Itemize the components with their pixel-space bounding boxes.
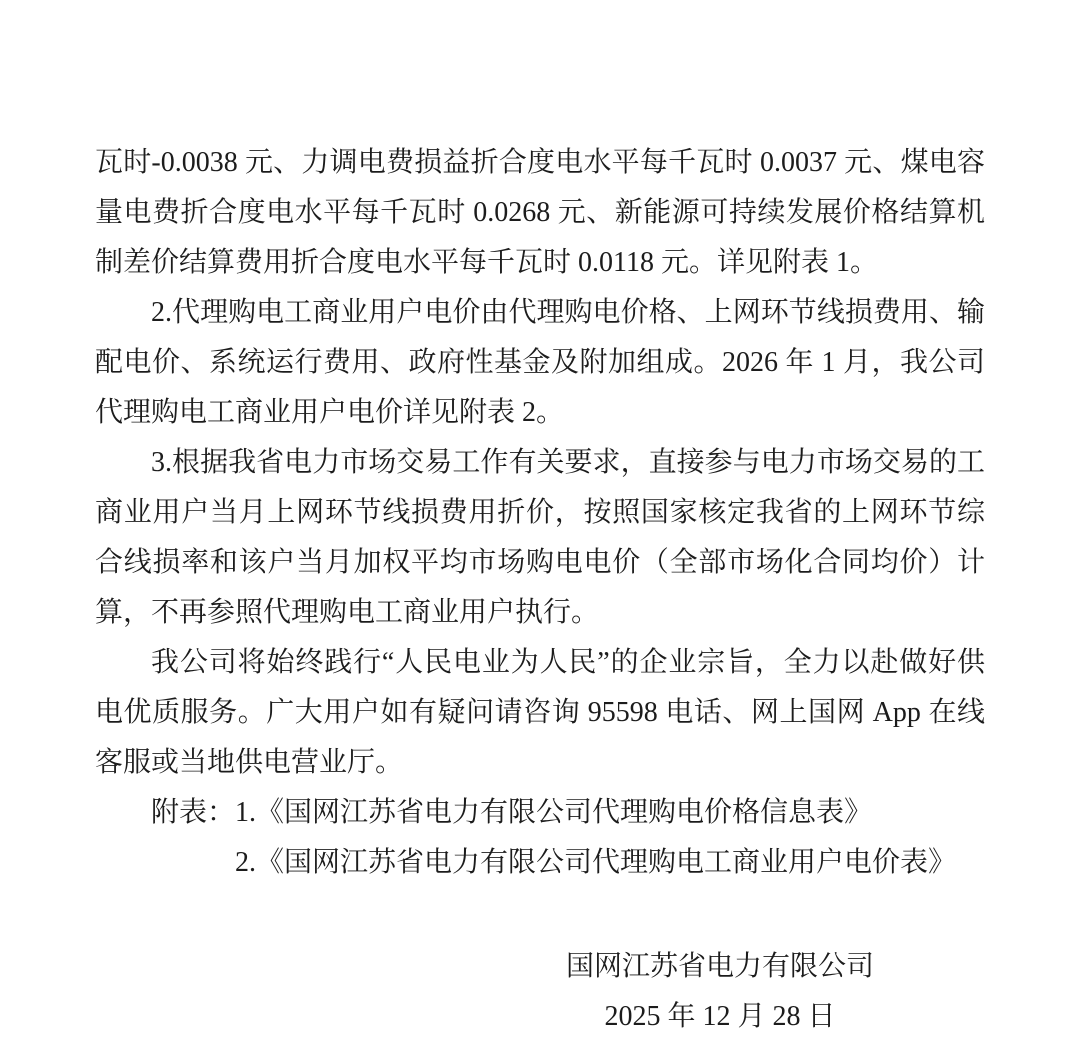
document-page: 瓦时-0.0038 元、力调电费损益折合度电水平每千瓦时 0.0037 元、煤电… xyxy=(0,0,1080,1046)
attachments-line-2: 2.《国网江苏省电力有限公司代理购电工商业用户电价表》 xyxy=(95,838,985,888)
paragraph-tariff-components: 瓦时-0.0038 元、力调电费损益折合度电水平每千瓦时 0.0037 元、煤电… xyxy=(95,138,985,288)
signature-company: 国网江苏省电力有限公司 xyxy=(360,942,1080,992)
paragraph-agency-price-composition: 2.代理购电工商业用户电价由代理购电价格、上网环节线损费用、输配电价、系统运行费… xyxy=(95,288,985,438)
body-text: 瓦时-0.0038 元、力调电费损益折合度电水平每千瓦时 0.0037 元、煤电… xyxy=(0,0,1080,1042)
attachment-item-2: 2.《国网江苏省电力有限公司代理购电工商业用户电价表》 xyxy=(235,847,956,878)
paragraph-service-commitment: 我公司将始终践行“人民电业为人民”的企业宗旨，全力以赴做好供电优质服务。广大用户… xyxy=(95,638,985,788)
paragraph-market-trading-rule: 3.根据我省电力市场交易工作有关要求，直接参与电力市场交易的工商业用户当月上网环… xyxy=(95,438,985,638)
signature-date: 2025 年 12 月 28 日 xyxy=(360,992,1080,1042)
attachments-line-1: 附表：1.《国网江苏省电力有限公司代理购电价格信息表》 xyxy=(95,788,985,838)
attachments-label: 附表： xyxy=(151,797,235,828)
attachment-item-1: 1.《国网江苏省电力有限公司代理购电价格信息表》 xyxy=(235,797,872,828)
signature-block: 国网江苏省电力有限公司 2025 年 12 月 28 日 xyxy=(360,942,1080,1042)
